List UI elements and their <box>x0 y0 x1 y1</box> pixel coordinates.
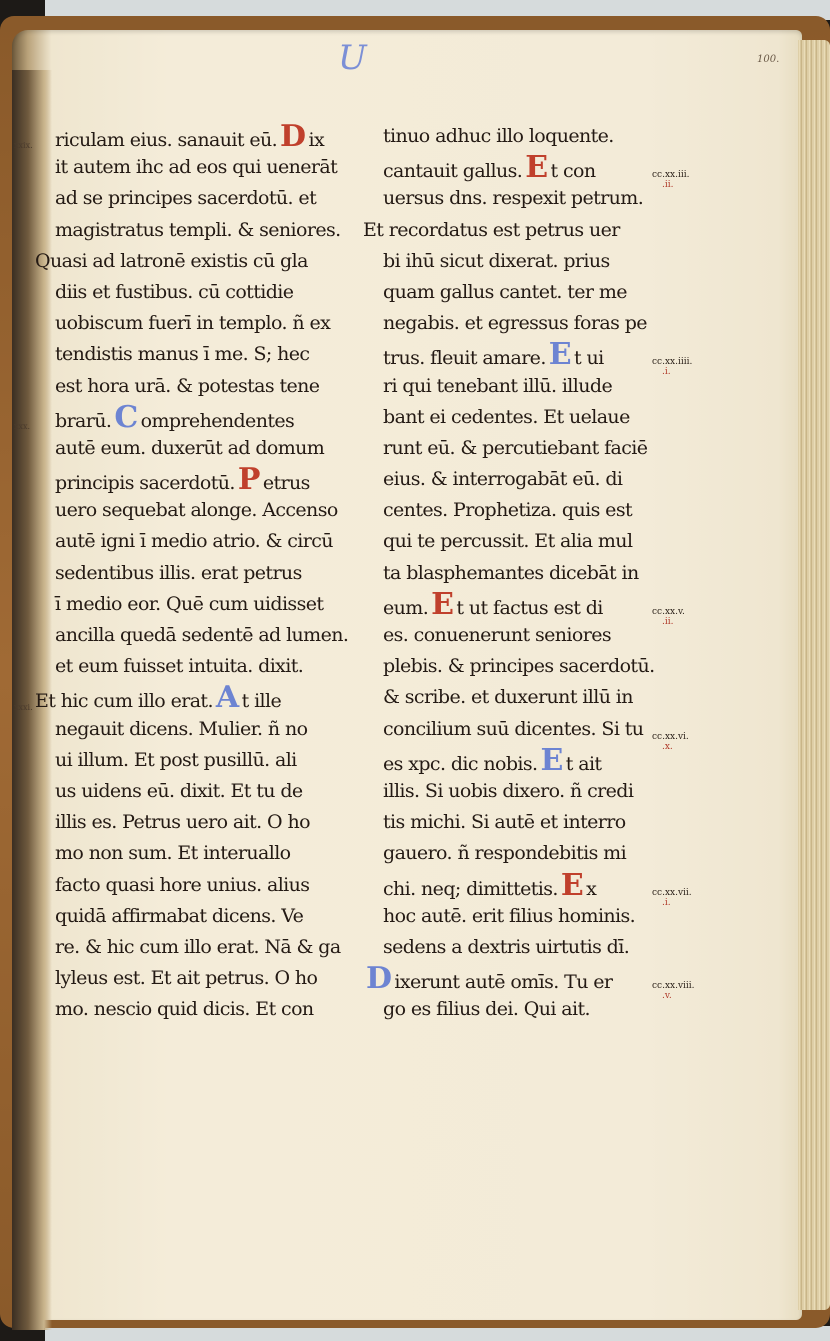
line-text: hoc autē. erit filius hominis. <box>383 905 635 927</box>
text-line: cantauit gallus.Et con <box>383 152 653 183</box>
line-text: qui te percussit. Et alia mul <box>383 530 632 552</box>
text-line: eum.Et ut factus est di <box>383 589 653 620</box>
line-text: uero sequebat alonge. Accenso <box>55 499 338 521</box>
text-line: facto quasi hore unius. alius <box>55 870 355 901</box>
text-line: quam gallus cantet. ter me <box>383 277 653 308</box>
text-line: gauero. ñ respondebitis mi <box>383 838 653 869</box>
text-line: autē eum. duxerūt ad domum <box>55 433 355 464</box>
text-line: hoc autē. erit filius hominis. <box>383 901 653 932</box>
line-text: quam gallus cantet. ter me <box>383 281 627 303</box>
text-line: mo. nescio quid dicis. Et con <box>55 994 355 1025</box>
text-line: Et recordatus est petrus uer <box>363 215 653 246</box>
text-line: tis michi. Si autē et interro <box>383 807 653 838</box>
line-text: uersus dns. respexit petrum. <box>383 187 643 209</box>
line-text: Quasi ad latronē existis cū gla <box>35 250 308 272</box>
folio-number: 100. <box>757 54 779 65</box>
text-line: Dixerunt autē omīs. Tu er <box>363 963 653 994</box>
text-line: qui te percussit. Et alia mul <box>383 526 653 557</box>
line-text: tendistis manus ī me. S; hec <box>55 343 309 365</box>
background-bottom <box>45 1326 830 1341</box>
line-text: it autem ihc ad eos qui uenerāt <box>55 156 337 178</box>
canon-number: cc.xx.vii. <box>652 888 692 898</box>
text-line: ad se principes sacerdotū. et <box>55 183 355 214</box>
decorated-initial: E <box>522 150 550 185</box>
text-line: us uidens eū. dixit. Et tu de <box>55 776 355 807</box>
decorated-initial: E <box>428 587 456 622</box>
text-line: negauit dicens. Mulier. ñ no <box>55 714 355 745</box>
line-text: magistratus templi. & seniores. <box>55 219 341 241</box>
text-line: diis et fustibus. cū cottidie <box>55 277 355 308</box>
left-margin-note: xxx. <box>14 422 30 431</box>
text-line: re. & hic cum illo erat. Nā & ga <box>55 932 355 963</box>
section-number: .v. <box>662 991 695 1001</box>
text-line: runt eū. & percutiebant faciē <box>383 433 653 464</box>
line-text: autē eum. duxerūt ad domum <box>55 437 324 459</box>
text-line: riculam eius. sanauit eū.Dix <box>55 121 355 152</box>
canon-number: cc.xx.viii. <box>652 981 695 991</box>
left-margin-note: xxix. <box>14 141 33 150</box>
text-line: concilium suū dicentes. Si tu <box>383 714 653 745</box>
section-number: .x. <box>662 742 689 752</box>
left-margin-note: xxxi. <box>14 703 33 712</box>
line-text: riculam eius. sanauit eū. <box>55 129 277 151</box>
text-line: plebis. & principes sacerdotū. <box>383 651 653 682</box>
canon-table-note: cc.xx.iii..ii. <box>652 170 689 190</box>
line-text: autē igni ī medio atrio. & circū <box>55 530 333 552</box>
text-line: uobiscum fuerī in templo. ñ ex <box>55 308 355 339</box>
text-line: es. conuenerunt seniores <box>383 620 653 651</box>
line-text: ī medio eor. Quē cum uidisset <box>55 593 323 615</box>
decorated-initial: D <box>363 961 394 996</box>
line-text: & scribe. et duxerunt illū in <box>383 686 633 708</box>
line-text: mo. nescio quid dicis. Et con <box>55 998 314 1020</box>
section-number: .i. <box>662 898 692 908</box>
text-line: uero sequebat alonge. Accenso <box>55 495 355 526</box>
line-text-after-initial: t ui <box>574 347 604 369</box>
text-line: tinuo adhuc illo loquente. <box>383 121 653 152</box>
text-line: chi. neq; dimittetis.Ex <box>383 870 653 901</box>
text-line: centes. Prophetiza. quis est <box>383 495 653 526</box>
line-text: Et hic cum illo erat. <box>35 690 213 712</box>
text-line: Quasi ad latronē existis cū gla <box>35 246 355 277</box>
text-line: autē igni ī medio atrio. & circū <box>55 526 355 557</box>
text-line: sedens a dextris uirtutis dī. <box>383 932 653 963</box>
line-text: ad se principes sacerdotū. et <box>55 187 316 209</box>
text-line: magistratus templi. & seniores. <box>55 215 355 246</box>
line-text: bant ei cedentes. Et uelaue <box>383 406 630 428</box>
line-text: us uidens eū. dixit. Et tu de <box>55 780 303 802</box>
decorated-initial: A <box>213 680 242 715</box>
line-text: ui illum. Et post pusillū. ali <box>55 749 297 771</box>
section-number: .ii. <box>662 180 689 190</box>
line-text: et eum fuisset intuita. dixit. <box>55 655 303 677</box>
text-line: principis sacerdotū.Petrus <box>55 464 355 495</box>
line-text: eius. & interrogabāt eū. di <box>383 468 622 490</box>
line-text: concilium suū dicentes. Si tu <box>383 718 643 740</box>
decorated-initial: C <box>111 400 140 435</box>
canon-number: cc.xx.vi. <box>652 732 689 742</box>
line-text: bi ihū sicut dixerat. prius <box>383 250 610 272</box>
line-text: brarū. <box>55 410 111 432</box>
text-line: illis. Si uobis dixero. ñ credi <box>383 776 653 807</box>
line-text: diis et fustibus. cū cottidie <box>55 281 293 303</box>
canon-table-note: cc.xx.viii..v. <box>652 981 695 1001</box>
running-head: U <box>338 38 367 78</box>
text-line: & scribe. et duxerunt illū in <box>383 682 653 713</box>
line-text-after-initial: etrus <box>263 472 310 494</box>
canon-table-note: cc.xx.v..ii. <box>652 607 685 627</box>
text-line: lyleus est. Et ait petrus. O ho <box>55 963 355 994</box>
line-text: illis es. Petrus uero ait. O ho <box>55 811 310 833</box>
line-text: cantauit gallus. <box>383 160 522 182</box>
line-text-after-initial: ixerunt autē omīs. Tu er <box>394 971 612 993</box>
line-text-after-initial: t ille <box>242 690 282 712</box>
text-line: brarū.Comprehendentes <box>55 402 355 433</box>
text-line: illis es. Petrus uero ait. O ho <box>55 807 355 838</box>
text-line: est hora urā. & potestas tene <box>55 371 355 402</box>
line-text: facto quasi hore unius. alius <box>55 874 309 896</box>
canon-table-note: cc.xx.vii..i. <box>652 888 692 908</box>
line-text: negauit dicens. Mulier. ñ no <box>55 718 307 740</box>
text-line: ta blasphemantes dicebāt in <box>383 558 653 589</box>
text-line: ancilla quedā sedentē ad lumen. <box>55 620 355 651</box>
line-text: ta blasphemantes dicebāt in <box>383 562 639 584</box>
line-text: tinuo adhuc illo loquente. <box>383 125 614 147</box>
line-text: lyleus est. Et ait petrus. O ho <box>55 967 317 989</box>
text-line: et eum fuisset intuita. dixit. <box>55 651 355 682</box>
text-line: uersus dns. respexit petrum. <box>383 183 653 214</box>
left-text-column: riculam eius. sanauit eū.Dixit autem ihc… <box>55 121 355 1025</box>
decorated-initial: E <box>558 868 586 903</box>
right-text-column: tinuo adhuc illo loquente.cantauit gallu… <box>383 121 653 1025</box>
line-text: eum. <box>383 597 428 619</box>
page-edges <box>798 40 830 1310</box>
text-line: ui illum. Et post pusillū. ali <box>55 745 355 776</box>
canon-number: cc.xx.iiii. <box>652 357 692 367</box>
line-text: es xpc. dic nobis. <box>383 753 537 775</box>
line-text: plebis. & principes sacerdotū. <box>383 655 655 677</box>
line-text-after-initial: t con <box>551 160 596 182</box>
section-number: .ii. <box>662 617 685 627</box>
canon-number: cc.xx.iii. <box>652 170 689 180</box>
text-line: ī medio eor. Quē cum uidisset <box>55 589 355 620</box>
decorated-initial: E <box>537 743 565 778</box>
line-text: centes. Prophetiza. quis est <box>383 499 632 521</box>
line-text-after-initial: omprehendentes <box>141 410 295 432</box>
text-line: mo non sum. Et interuallo <box>55 838 355 869</box>
line-text: principis sacerdotū. <box>55 472 235 494</box>
line-text: sedentibus illis. erat petrus <box>55 562 302 584</box>
line-text: quidā affirmabat dicens. Ve <box>55 905 303 927</box>
text-line: quidā affirmabat dicens. Ve <box>55 901 355 932</box>
decorated-initial: D <box>277 119 308 154</box>
line-text: ancilla quedā sedentē ad lumen. <box>55 624 348 646</box>
text-line: sedentibus illis. erat petrus <box>55 558 355 589</box>
line-text: uobiscum fuerī in templo. ñ ex <box>55 312 330 334</box>
text-line: bant ei cedentes. Et uelaue <box>383 402 653 433</box>
text-line: Et hic cum illo erat.At ille <box>35 682 355 713</box>
line-text: trus. fleuit amare. <box>383 347 546 369</box>
decorated-initial: E <box>546 337 574 372</box>
decorated-initial: P <box>235 462 263 497</box>
text-line: eius. & interrogabāt eū. di <box>383 464 653 495</box>
line-text: est hora urā. & potestas tene <box>55 375 319 397</box>
line-text: sedens a dextris uirtutis dī. <box>383 936 629 958</box>
text-line: ri qui tenebant illū. illude <box>383 371 653 402</box>
line-text-after-initial: x <box>586 878 596 900</box>
text-line: trus. fleuit amare.Et ui <box>383 339 653 370</box>
text-line: it autem ihc ad eos qui uenerāt <box>55 152 355 183</box>
canon-table-note: cc.xx.iiii..i. <box>652 357 692 377</box>
text-line: negabis. et egressus foras pe <box>383 308 653 339</box>
canon-table-note: cc.xx.vi..x. <box>652 732 689 752</box>
text-line: bi ihū sicut dixerat. prius <box>383 246 653 277</box>
text-line: go es filius dei. Qui ait. <box>383 994 653 1025</box>
line-text-after-initial: t ut factus est di <box>456 597 602 619</box>
line-text-after-initial: t ait <box>566 753 602 775</box>
line-text: tis michi. Si autē et interro <box>383 811 626 833</box>
line-text: mo non sum. Et interuallo <box>55 842 291 864</box>
line-text: ri qui tenebant illū. illude <box>383 375 612 397</box>
text-line: es xpc. dic nobis.Et ait <box>383 745 653 776</box>
line-text-after-initial: ix <box>308 129 324 151</box>
line-text: go es filius dei. Qui ait. <box>383 998 590 1020</box>
line-text: re. & hic cum illo erat. Nā & ga <box>55 936 341 958</box>
section-number: .i. <box>662 367 692 377</box>
line-text: Et recordatus est petrus uer <box>363 219 620 241</box>
line-text: runt eū. & percutiebant faciē <box>383 437 647 459</box>
text-line: tendistis manus ī me. S; hec <box>55 339 355 370</box>
line-text: negabis. et egressus foras pe <box>383 312 647 334</box>
line-text: gauero. ñ respondebitis mi <box>383 842 626 864</box>
line-text: illis. Si uobis dixero. ñ credi <box>383 780 633 802</box>
canon-number: cc.xx.v. <box>652 607 685 617</box>
line-text: es. conuenerunt seniores <box>383 624 611 646</box>
line-text: chi. neq; dimittetis. <box>383 878 558 900</box>
